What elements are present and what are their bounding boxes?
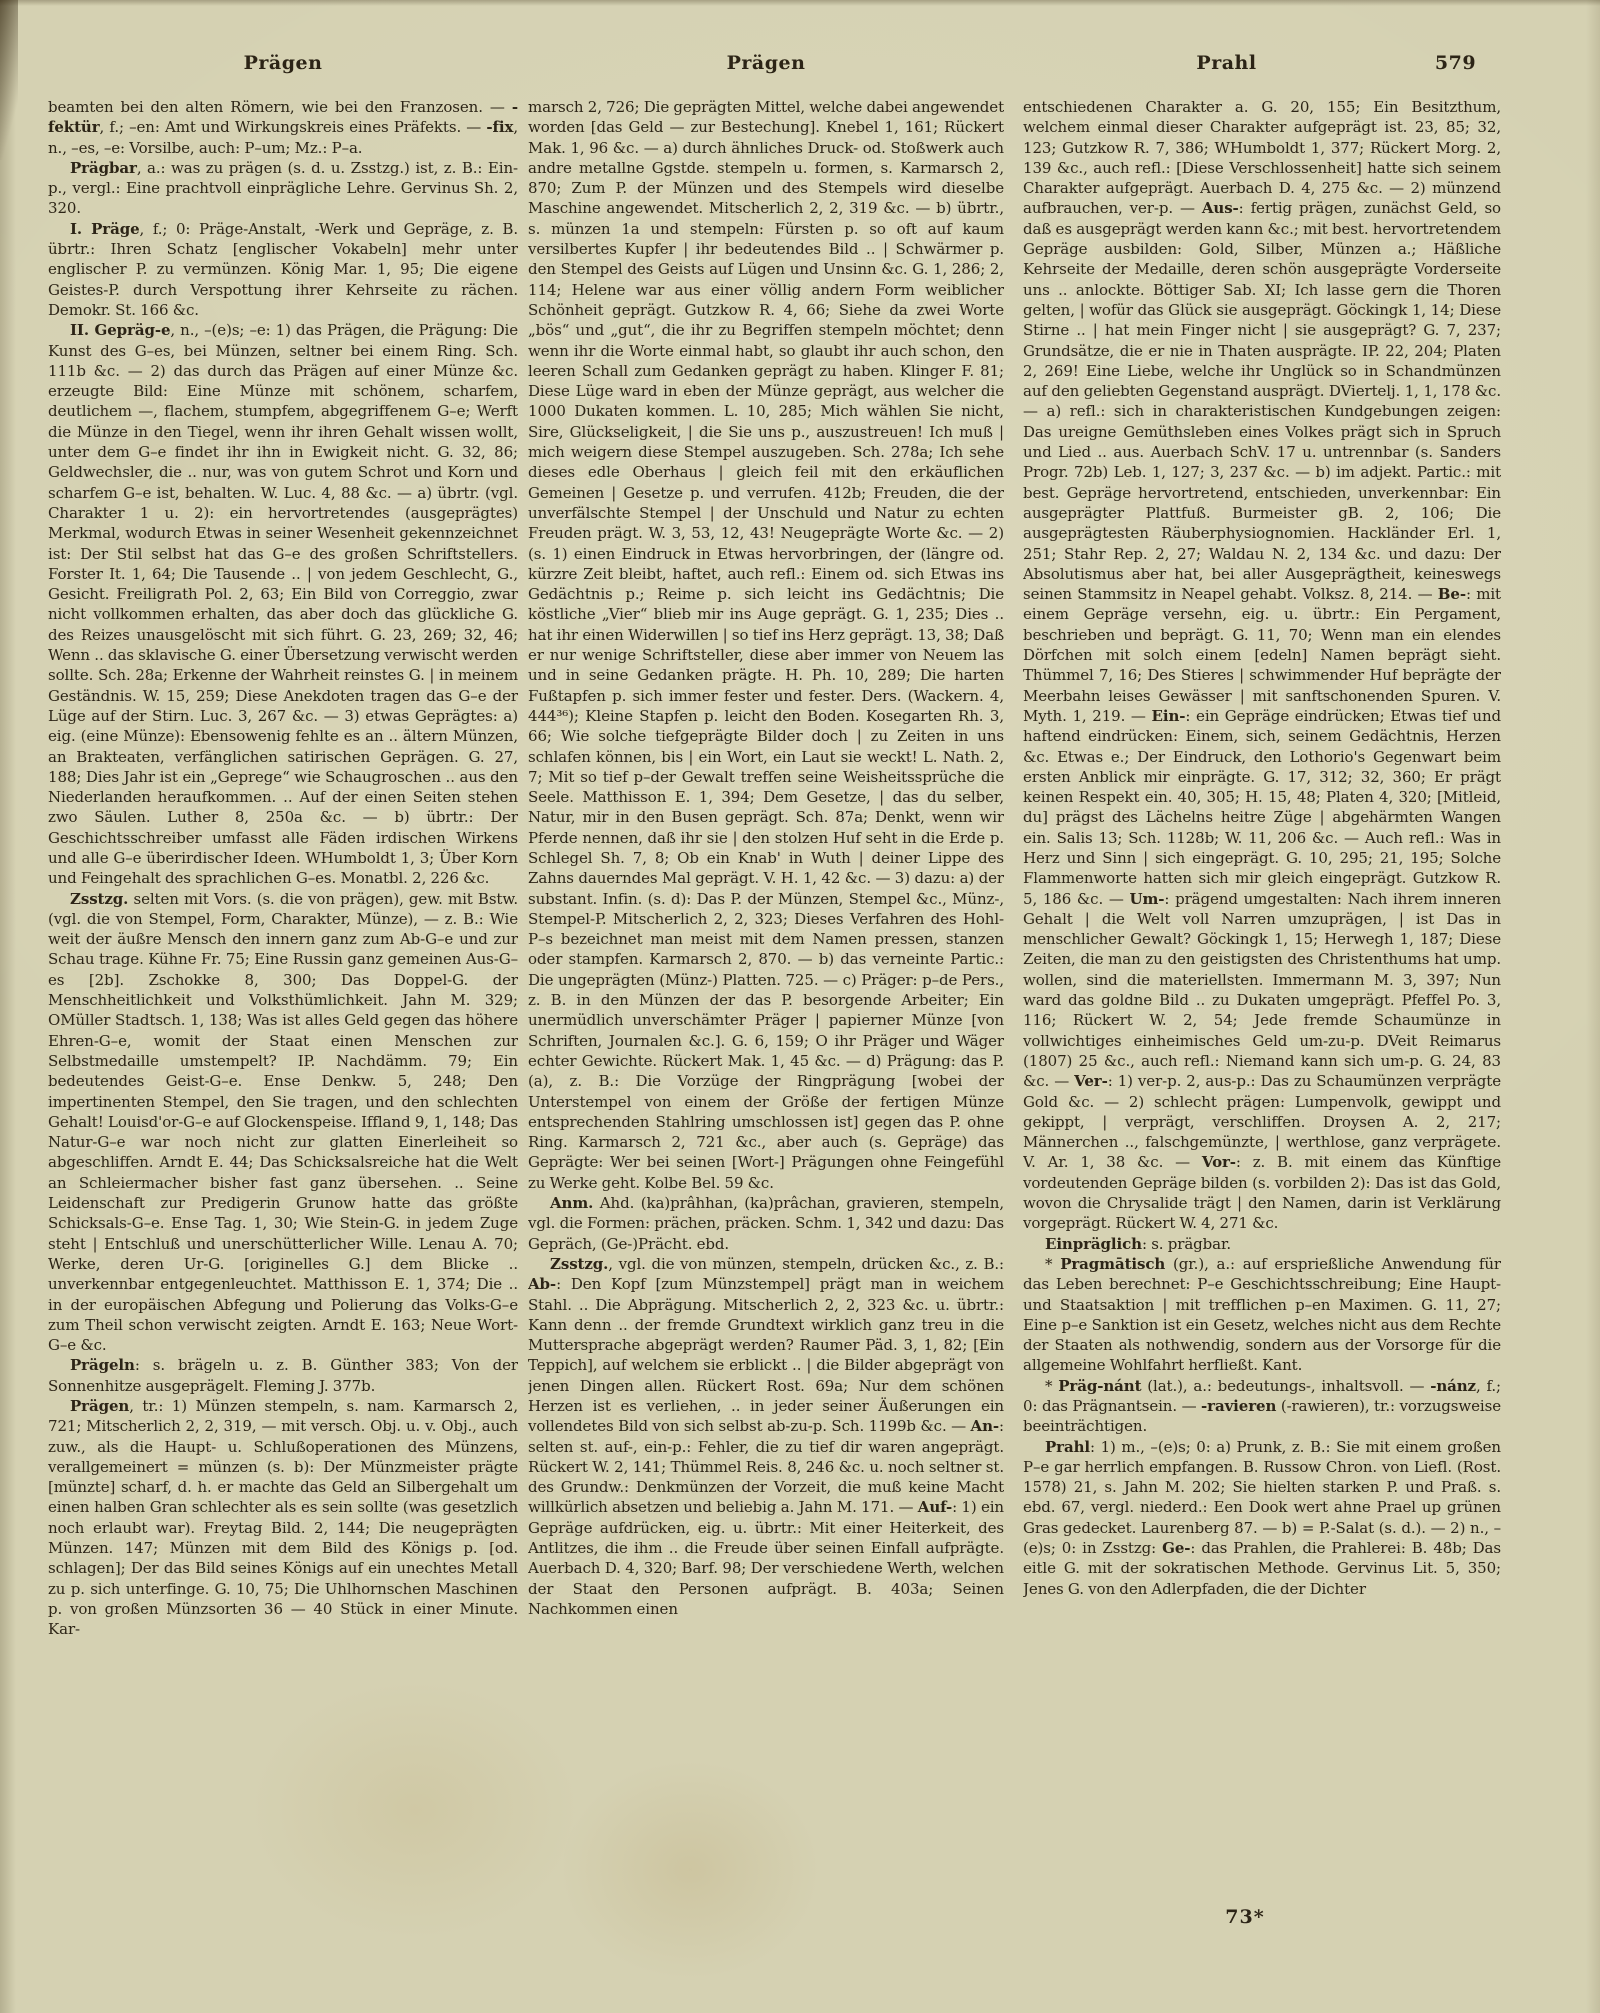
headword: Be- <box>1438 585 1466 603</box>
paragraph: beamten bei den alten Römern, wie bei de… <box>48 97 518 158</box>
headword: Präg-nánt <box>1058 1377 1141 1395</box>
paragraph: II. Gepräg-e, n., –(e)s; –e: 1) das Präg… <box>48 320 518 888</box>
paragraph: Prahl: 1) m., –(e)s; 0: a) Prunk, z. B.:… <box>1023 1437 1501 1599</box>
paragraph: Prägeln: s. brägeln u. z. B. Günther 383… <box>48 1355 518 1396</box>
headword: Vor- <box>1202 1153 1236 1171</box>
headword: Einpräglich <box>1045 1235 1142 1253</box>
page-left-edge-shadow <box>0 0 18 160</box>
signature-mark: 73* <box>1130 1906 1360 1928</box>
headword: Prahl <box>1045 1438 1090 1456</box>
headword: Aus- <box>1202 199 1239 217</box>
headword: Prägeln <box>70 1356 135 1374</box>
headword: Zsstzg. <box>550 1255 608 1273</box>
paragraph: Prägen, tr.: 1) Münzen stempeln, s. nam.… <box>48 1396 518 1640</box>
column-middle: marsch 2, 726; Die geprägten Mittel, wel… <box>528 97 1004 1887</box>
paragraph: * Pragmātisch (gr.), a.: auf ersprießlic… <box>1023 1254 1501 1376</box>
page-top-edge-shadow <box>0 0 1600 6</box>
paragraph: Zsstzg., vgl. die von münzen, stempeln, … <box>528 1254 1004 1619</box>
paragraph: * Präg-nánt (lat.), a.: bedeutungs-, inh… <box>1023 1376 1501 1437</box>
headword: Prägen <box>70 1397 129 1415</box>
headword: -fektür <box>48 98 518 136</box>
paragraph: I. Präge, f.; 0: Präge-Anstalt, -Werk un… <box>48 219 518 320</box>
headword: Pragmātisch <box>1060 1255 1165 1273</box>
page-number: 579 <box>1408 52 1503 74</box>
running-head-center: Prägen <box>528 52 1004 74</box>
headword: Ab- <box>528 1275 556 1293</box>
headword: Auf- <box>918 1498 952 1516</box>
column-left: beamten bei den alten Römern, wie bei de… <box>48 97 518 1887</box>
headword: -nánz <box>1430 1377 1476 1395</box>
paragraph: Zsstzg. selten mit Vors. (s. die von prä… <box>48 889 518 1356</box>
dictionary-page: Prägen Prägen Prahl 579 beamten bei den … <box>0 0 1600 2013</box>
headword: Um- <box>1130 890 1165 908</box>
paragraph: Einpräglich: s. prägbar. <box>1023 1234 1501 1254</box>
paragraph: Anm. Ahd. (ka)prâhhan, (ka)prâchan, grav… <box>528 1193 1004 1254</box>
headword: II. Gepräg-e <box>70 321 170 339</box>
running-head-left: Prägen <box>48 52 518 74</box>
headword: -ravieren <box>1201 1397 1276 1415</box>
headword: An- <box>971 1417 999 1435</box>
headword: I. Präge <box>70 220 140 238</box>
running-head-right: Prahl <box>1023 52 1430 74</box>
headword: -fix <box>486 118 513 136</box>
headword: Ge- <box>1162 1539 1190 1557</box>
headword: Prägbar <box>70 159 137 177</box>
paragraph: Prägbar, a.: was zu prägen (s. d. u. Zss… <box>48 158 518 219</box>
headword: Ein- <box>1152 707 1186 725</box>
headword: Anm. <box>550 1194 593 1212</box>
headword: Ver- <box>1074 1072 1108 1090</box>
paragraph: marsch 2, 726; Die geprägten Mittel, wel… <box>528 97 1004 1193</box>
headword: Zsstzg. <box>70 890 128 908</box>
column-right: entschiedenen Charakter a. G. 20, 155; E… <box>1023 97 1501 1887</box>
paragraph: entschiedenen Charakter a. G. 20, 155; E… <box>1023 97 1501 1234</box>
